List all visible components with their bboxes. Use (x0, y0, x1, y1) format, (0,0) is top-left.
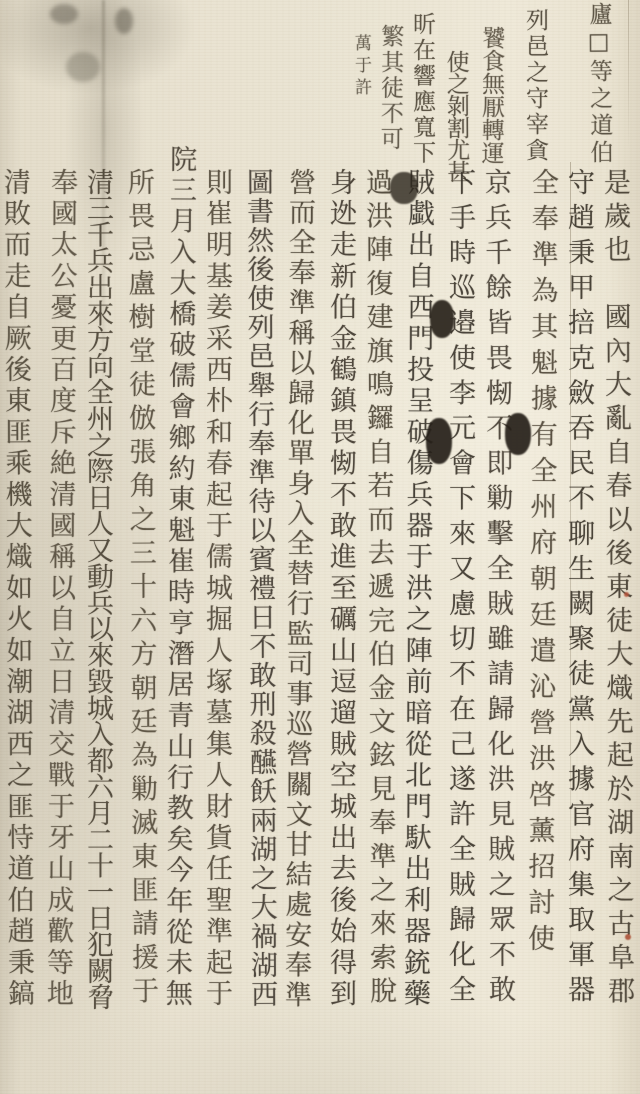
manuscript-column: 清敗而走自厥後東匪乘機大熾如火如潮湖西之匪恃道伯趙秉鎬 (0, 168, 38, 1011)
manuscript-column: 廬□等之道伯 (575, 2, 616, 167)
bleed-through-smudge (50, 4, 78, 24)
manuscript-column: 身迯走新伯金鶴鎮畏㥘不敢進至礪山逗遛賊空城出去後始得到 (320, 168, 360, 1010)
manuscript-column: 列邑之守宰貪 (512, 8, 552, 164)
red-stain-dot (625, 934, 631, 940)
ink-blot (505, 413, 531, 455)
manuscript-column: 京兵千餘皆畏㥘不即勦擊全賊雖請歸化洪見賊之眾不敢 (475, 168, 519, 1011)
manuscript-column: 則崔明基姜采西朴和春起于儒城掘人塚墓集人財貨任聖準起于 (196, 168, 236, 1010)
manuscript-column: 全奉準為其魁據有全州府朝廷遣沁營洪啓薰招討使 (518, 168, 562, 960)
manuscript-column: 賊戱出自西門投呈破傷兵器于洪之陣前暗從北門馱出利器銃藥 (394, 168, 438, 1011)
manuscript-column: 所畏忌盧樹堂徒倣張角之三十六方朝廷為勦滅東匪請援于 (118, 168, 162, 1011)
manuscript-column: 過洪陣復建旗鳴鑼自若而去遞完伯金文鉉見奉準之來索脫 (356, 168, 400, 1011)
manuscript-column: 饕食無厭轉運 (468, 26, 509, 164)
manuscript-page: 廬□等之道伯列邑之守宰貪饕食無厭轉運使之剝割尤甚昕在響應寬下繁其徒不可萬于許 是… (0, 0, 640, 1094)
manuscript-column: 萬于許 (334, 34, 374, 100)
ink-blot (430, 300, 454, 338)
manuscript-column: 院三月入大橋破儒會鄉約東魁崔時亨潛居青山行教矣今年從未無 (156, 145, 201, 1010)
manuscript-column: 營而全奉準稱以歸化單身入全替行監司事巡營關文甘結處安奉準 (275, 168, 319, 1011)
manuscript-column: 是歲也 國內大亂自春以後東徒大熾先起於湖南之古阜郡 (594, 168, 638, 1011)
ink-blot (426, 418, 452, 464)
manuscript-column: 守趙秉甲掊克斂吞民不聊生闕聚徒黨入據官府集取軍器 (558, 168, 598, 1010)
manuscript-column: 清三千兵出來方向全州之際日人又動兵以來毀城入都六月二十一日犯闕脅 (77, 168, 117, 1010)
manuscript-column: 下手時巡邉使李元會下來又慮切不在己遂許全賊歸化全 (439, 168, 479, 1010)
red-stain-dot (624, 592, 629, 597)
manuscript-column: 圖書然後使列邑舉行奉準待以賓禮日不敢刑殺醼飫兩湖之大禍湖西 (237, 168, 281, 1009)
top-right-crease-line (628, 0, 629, 150)
manuscript-column: 奉國太公憂更百度斥絶清國稱以自立日清交戰于牙山成歡等地 (37, 168, 81, 1011)
bleed-through-smudge (66, 52, 100, 82)
ink-blot (390, 172, 418, 204)
bleed-through-smudge (115, 8, 133, 34)
